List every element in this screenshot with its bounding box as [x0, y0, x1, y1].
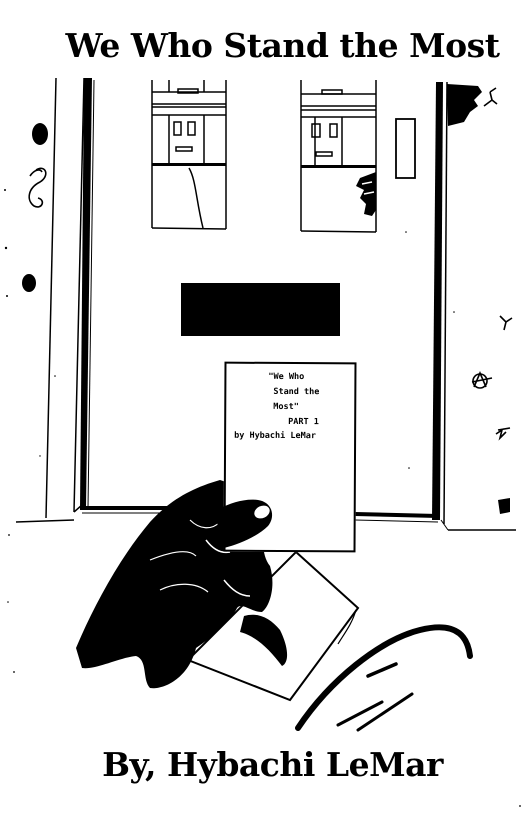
door-window-left	[152, 80, 226, 229]
cover-author: By, Hybachi LeMar	[0, 745, 525, 784]
swirl-graffiti	[29, 168, 46, 207]
door-window-right	[301, 80, 376, 232]
manuscript-title-line1: "We Who	[268, 370, 304, 386]
graffiti-smudge	[447, 84, 482, 126]
manuscript-title-line3: Most"	[273, 400, 299, 416]
held-manuscript-page: "We Who Stand the Most" PART 1 by Hybach…	[224, 362, 357, 553]
manuscript-title-line2: Stand the	[273, 385, 319, 401]
manuscript-byline: by Hybachi LeMar	[234, 429, 316, 445]
anarchy-symbol	[472, 373, 492, 388]
left-wall	[16, 78, 84, 522]
black-plaque	[181, 283, 340, 336]
call-button-panel	[396, 119, 415, 178]
